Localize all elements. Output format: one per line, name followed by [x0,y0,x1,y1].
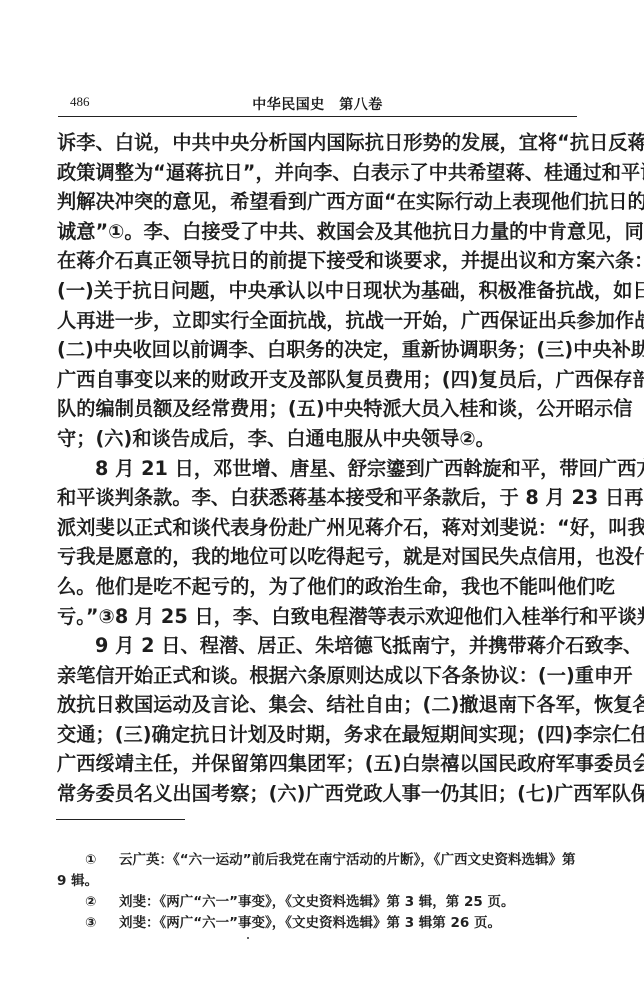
body-line: 守；(六)和谈告成后，李、白通电服从中央领导②。 [57,424,579,454]
body-line: 广西自事变以来的财政开支及部队复员费用；(四)复员后，广西保存部 [57,365,579,395]
footnote-mark: ③ [85,913,107,934]
footnote: ①云广英：《“六一运动”前后我党在南宁活动的片断》，《广西文史资料选辑》第 [57,850,579,871]
body-line: 和平谈判条款。李、白获悉蒋基本接受和平条款后，于 8 月 23 日再次 [57,483,579,513]
footnote: ②刘斐：《两广“六一”事变》，《文史资料选辑》第 3 辑，第 25 页。 [57,892,579,913]
body-line: 么。他们是吃不起亏的，为了他们的政治生命，我也不能叫他们吃 [57,572,579,602]
body-text: 诉李、白说，中共中央分析国内国际抗日形势的发展，宜将“抗日反蒋”政策调整为“逼蒋… [57,128,579,809]
page-header: 486 中华民国史 第八卷 [58,94,577,114]
footnote-mark: ① [85,850,107,871]
body-line: 队的编制员额及经常费用；(五)中央特派大员入桂和谈，公开昭示信 [57,394,579,424]
body-line: 交通；(三)确定抗日计划及时期，务求在最短期间实现；(四)李宗仁任 [57,720,579,750]
running-title: 中华民国史 第八卷 [58,94,577,114]
footnote-text: 云广英：《“六一运动”前后我党在南宁活动的片断》，《广西文史资料选辑》第 [119,852,576,868]
body-line: 判解决冲突的意见，希望看到广西方面“在实际行动上表现他们抗日的 [57,187,579,217]
body-line: (二)中央收回以前调李、白职务的决定，重新协调职务；(三)中央补助 [57,335,579,365]
body-line: 常务委员名义出国考察；(六)广西党政人事一仍其旧；(七)广西军队保 [57,779,579,809]
footnote: ③刘斐：《两广“六一”事变》，《文史资料选辑》第 3 辑第 26 页。 [57,913,579,934]
footnote-mark: ② [85,892,107,913]
header-rule [58,116,577,117]
body-line: 9 月 2 日、程潜、居正、朱培德飞抵南宁，并携带蒋介石致李、白的 [57,631,579,661]
body-line: 派刘斐以正式和谈代表身份赴广州见蒋介石，蒋对刘斐说：“好，叫我吃 [57,513,579,543]
body-line: 人再进一步，立即实行全面抗战，抗战一开始，广西保证出兵参加作战； [57,306,579,336]
body-line: 政策调整为“逼蒋抗日”，并向李、白表示了中共希望蒋、桂通过和平谈 [57,158,579,188]
body-line: 放抗日救国运动及言论、集会、结社自由；(二)撤退南下各军，恢复各方 [57,690,579,720]
body-line: 诚意”①。李、白接受了中共、救国会及其他抗日力量的中肯意见，同意 [57,217,579,247]
footnotes: ①云广英：《“六一运动”前后我党在南宁活动的片断》，《广西文史资料选辑》第9 辑… [57,850,579,934]
body-line: 8 月 21 日，邓世增、唐星、舒宗鎏到广西斡旋和平，带回广西方面 [57,454,579,484]
body-line: 亏。”③8 月 25 日，李、白致电程潜等表示欢迎他们入桂举行和平谈判。 [57,602,579,632]
body-line: 亏我是愿意的，我的地位可以吃得起亏，就是对国民失点信用，也没什 [57,542,579,572]
body-line: 在蒋介石真正领导抗日的前提下接受和谈要求，并提出议和方案六条： [57,246,579,276]
body-line: 广西绥靖主任，并保留第四集团军；(五)白崇禧以国民政府军事委员会 [57,749,579,779]
scan-speck [247,937,249,939]
footnote-text: 刘斐：《两广“六一”事变》，《文史资料选辑》第 3 辑第 26 页。 [119,915,501,931]
footnote-continuation: 9 辑。 [57,871,579,892]
body-line: 亲笔信开始正式和谈。根据六条原则达成以下各条协议：(一)重申开 [57,661,579,691]
footnote-rule [56,819,185,820]
body-line: (一)关于抗日问题，中央承认以中日现状为基础，积极准备抗战，如日 [57,276,579,306]
body-line: 诉李、白说，中共中央分析国内国际抗日形势的发展，宜将“抗日反蒋” [57,128,579,158]
footnote-text: 刘斐：《两广“六一”事变》，《文史资料选辑》第 3 辑，第 25 页。 [119,894,514,910]
